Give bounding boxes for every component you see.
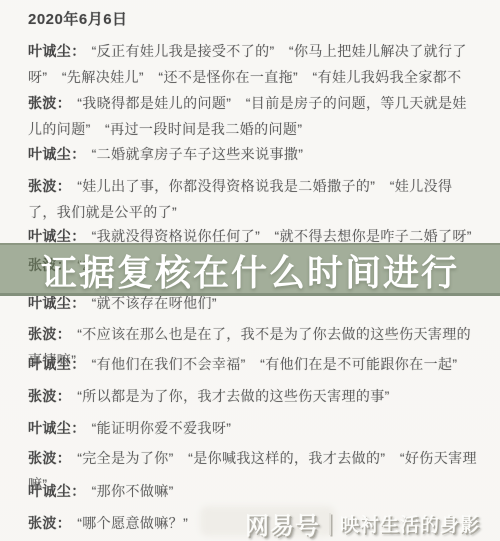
speaker-name: 张波：	[28, 515, 71, 531]
transcript-row: 叶诚尘：“有他们在我们不会幸福” “有他们在是不可能跟你在一起”	[28, 351, 478, 377]
transcript-row: 张波：“我晓得都是娃儿的问题” “目前是房子的问题，等几天就是娃儿的问题” “再…	[28, 90, 478, 142]
transcript-row: 张波：“所以都是为了你，我才去做的这些伤天害理的事”	[28, 383, 478, 409]
speaker-name: 叶诚尘：	[28, 228, 86, 244]
speaker-name: 叶诚尘：	[28, 295, 86, 311]
speaker-name: 叶诚尘：	[28, 356, 86, 372]
speaker-name: 张波：	[28, 95, 71, 111]
speaker-name: 张波：	[28, 326, 71, 342]
speaker-name: 张波：	[28, 178, 71, 194]
speech-text: “有他们在我们不会幸福” “有他们在是不可能跟你在一起”	[92, 356, 458, 372]
speech-text: “哪个愿意做嘛？”	[77, 515, 188, 531]
speaker-name: 叶诚尘：	[28, 483, 86, 499]
speaker-name: 张波：	[28, 388, 71, 404]
speech-text: “所以都是为了你，我才去做的这些伤天害理的事”	[77, 388, 390, 404]
speech-text: “能证明你爱不爱我呀”	[92, 420, 232, 436]
speech-text: “我就没得资格说你任何了” “就不得去想你是咋子二婚了呀”	[92, 228, 472, 244]
netease-brand-logo: 网易号	[245, 506, 320, 541]
speech-text: “娃儿出了事，你都没得资格说我是二婚撒子的” “娃儿没得了，我们就是公平的了”	[28, 178, 452, 220]
watermark-account-name: 映衬生活的身影	[340, 510, 480, 537]
transcript-row: 叶诚尘：“那你不做嘛”	[28, 478, 478, 504]
caption-banner-title: 证据复核在什么时间进行	[0, 244, 500, 297]
speech-text: “二婚就拿房子车子这些来说事撒”	[92, 146, 304, 162]
transcript-row: 叶诚尘：“二婚就拿房子车子这些来说事撒”	[28, 141, 478, 167]
transcript-row: 张波：“娃儿出了事，你都没得资格说我是二婚撒子的” “娃儿没得了，我们就是公平的…	[28, 173, 478, 225]
netease-watermark: 网易号 映衬生活的身影	[245, 506, 480, 541]
speaker-name: 张波：	[28, 450, 71, 466]
speaker-name: 叶诚尘：	[28, 420, 86, 436]
speech-text: “那你不做嘛”	[92, 483, 174, 499]
article-screenshot-page: 2020年6月6日 叶诚尘：“反正有娃儿我是接受不了的” “你马上把娃儿解决了就…	[0, 0, 500, 541]
watermark-separator-bar	[329, 513, 331, 535]
transcript-row: 叶诚尘：“能证明你爱不爱我呀”	[28, 415, 478, 441]
speaker-name: 叶诚尘：	[28, 43, 86, 59]
speaker-name: 叶诚尘：	[28, 146, 86, 162]
speech-text: “我晓得都是娃儿的问题” “目前是房子的问题，等几天就是娃儿的问题” “再过一段…	[28, 95, 467, 137]
speech-text: “就不该存在呀他们”	[92, 295, 217, 311]
